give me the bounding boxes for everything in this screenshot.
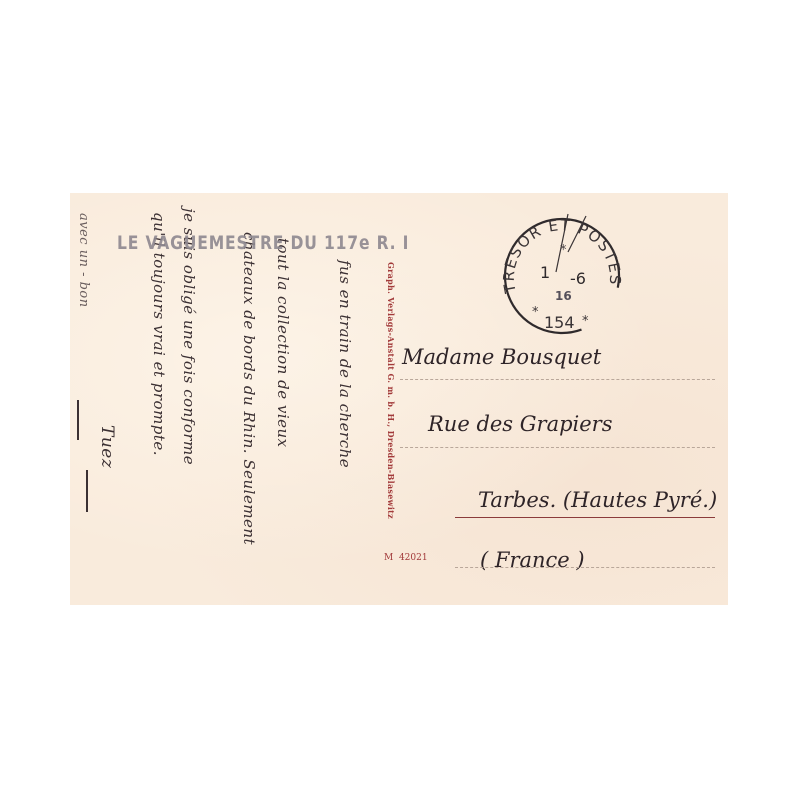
svg-text:*: * — [582, 314, 589, 329]
address-street: Rue des Grapiers — [428, 412, 613, 436]
message-line-4: je suis obligé une fois conforme — [180, 208, 198, 603]
signature-stroke — [86, 470, 88, 512]
address-line-rule — [455, 567, 715, 568]
message-closing: avec un - bon — [76, 213, 91, 383]
address-city-underline — [455, 517, 715, 518]
address-country: ( France ) — [480, 548, 585, 572]
postcard-back — [70, 193, 728, 605]
plate-number: M 42021 — [384, 553, 428, 563]
signature-stroke — [77, 400, 79, 440]
address-recipient: Madame Bousquet — [402, 345, 601, 369]
message-line-3: chateaux de bords du Rhin. Seulement — [240, 232, 258, 602]
plate-prefix: M — [384, 553, 393, 563]
postmark-day: 1 — [540, 263, 550, 282]
printer-imprint: Graph. Verlags-Anstalt G. m. b. H., Dres… — [386, 262, 396, 519]
postmark-month: -6 — [570, 269, 586, 288]
message-line-2: tout la collection de vieux — [274, 238, 292, 598]
postmark: TRESOR ET POSTES * 154 * * 1 -6 16 — [498, 212, 626, 340]
address-line-rule — [400, 447, 715, 448]
message-line-5: qu'il toujours vrai et prompte. — [150, 212, 168, 602]
address-line-rule — [400, 379, 715, 380]
message-line-1: fus en train de la cherche — [336, 260, 354, 590]
postmark-year: 16 — [555, 289, 572, 303]
plate-number-value: 42021 — [399, 553, 428, 563]
postmark-bottom-text: 154 — [544, 313, 575, 332]
signature: Tuez — [97, 425, 117, 505]
address-city: Tarbes. (Hautes Pyré.) — [478, 488, 717, 512]
cancel-stamp: LE VAGUEMESTRE DU 117e R. I — [117, 232, 409, 254]
svg-text:*: * — [532, 305, 539, 320]
